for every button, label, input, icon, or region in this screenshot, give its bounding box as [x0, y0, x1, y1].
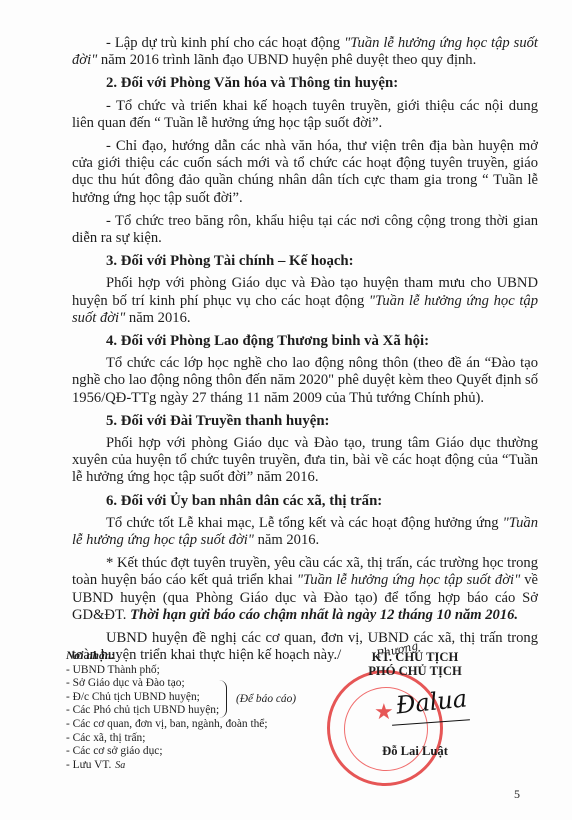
- recipients-list: - UBND Thành phố;- Sở Giáo dục và Đào tạ…: [66, 664, 326, 773]
- body-paragraph: Tổ chức các lớp học nghề cho lao động nô…: [72, 355, 538, 407]
- body-paragraph: - Tổ chức treo băng rôn, khẩu hiệu tại c…: [72, 213, 538, 247]
- recipient-item: - UBND Thành phố;: [66, 664, 326, 678]
- section-heading: 3. Đối với Phòng Tài chính – Kế hoạch:: [72, 253, 538, 270]
- body-paragraph: Phối hợp với phòng Giáo dục và Đào tạo, …: [72, 435, 538, 487]
- document-body: - Lập dự trù kinh phí cho các hoạt động …: [72, 35, 538, 671]
- stamp-star-icon: ★: [374, 701, 394, 723]
- paragraph-text: Tổ chức các lớp học nghề cho lao động nô…: [72, 355, 538, 405]
- recipients-title: Nơi nhận:: [66, 650, 326, 664]
- recipient-text: - Đ/c Chủ tịch UBND huyện;: [66, 691, 200, 703]
- recipient-item: - Các Phó chủ tịch UBND huyện;: [66, 704, 326, 718]
- recipient-text: - Các Phó chủ tịch UBND huyện;: [66, 704, 219, 716]
- body-paragraph: - Tổ chức và triển khai kế hoạch tuyên t…: [72, 98, 538, 132]
- page-number: 5: [514, 787, 520, 802]
- signer-name: Đỗ Lai Luật: [360, 744, 470, 759]
- recipient-text: - Các xã, thị trấn;: [66, 732, 145, 744]
- recipient-text: - Các cơ sở giáo dục;: [66, 745, 163, 757]
- quoted-title: "Tuần lễ hưởng ứng học tập suốt đời": [297, 572, 520, 588]
- paragraph-text: - Lập dự trù kinh phí cho các hoạt động: [106, 35, 344, 51]
- recipient-text: - UBND Thành phố;: [66, 664, 160, 676]
- archive-initial: Sa: [115, 760, 125, 771]
- body-paragraph: * Kết thúc đợt tuyên truyền, yêu cầu các…: [72, 555, 538, 624]
- section-heading: 6. Đối với Ủy ban nhân dân các xã, thị t…: [72, 493, 538, 510]
- recipients-block: Nơi nhận: - UBND Thành phố;- Sở Giáo dục…: [66, 650, 326, 772]
- brace-icon: [218, 680, 227, 718]
- signer-title-line2: PHÓ CHỦ TỊCH: [350, 664, 480, 678]
- section-heading: 5. Đối với Đài Truyền thanh huyện:: [72, 413, 538, 430]
- recipient-item: - Lưu VT.Sa: [66, 759, 326, 773]
- paragraph-text: năm 2016.: [254, 532, 319, 548]
- paragraph-text: Tổ chức tốt Lễ khai mạc, Lễ tổng kết và …: [106, 515, 503, 531]
- paragraph-text: Phối hợp với phòng Giáo dục và Đào tạo, …: [72, 435, 538, 485]
- recipient-text: - Sở Giáo dục và Đào tạo;: [66, 677, 185, 689]
- body-paragraph: - Lập dự trù kinh phí cho các hoạt động …: [72, 35, 538, 69]
- section-heading: 2. Đối với Phòng Văn hóa và Thông tin hu…: [72, 75, 538, 92]
- recipient-item: - Các xã, thị trấn;: [66, 732, 326, 746]
- body-paragraph: Tổ chức tốt Lễ khai mạc, Lễ tổng kết và …: [72, 515, 538, 549]
- paragraph-text: năm 2016 trình lãnh đạo UBND huyện phê d…: [97, 52, 476, 68]
- deadline-note: Thời hạn gửi báo cáo chậm nhất là ngày 1…: [130, 607, 518, 623]
- body-paragraph: - Chỉ đạo, hướng dẫn các nhà văn hóa, th…: [72, 138, 538, 207]
- signer-title: KT. CHỦ TỊCH PHÓ CHỦ TỊCH: [350, 650, 480, 678]
- paragraph-text: năm 2016.: [125, 310, 190, 326]
- recipient-text: - Các cơ quan, đơn vị, ban, ngành, đoàn …: [66, 718, 268, 730]
- official-stamp: ★: [327, 670, 443, 786]
- signer-title-line1: KT. CHỦ TỊCH: [350, 650, 480, 664]
- handwritten-signature: Đalua: [395, 684, 469, 719]
- paragraph-text: - Tổ chức treo băng rôn, khẩu hiệu tại c…: [72, 213, 538, 246]
- document-page: - Lập dự trù kinh phí cho các hoạt động …: [0, 0, 572, 820]
- section-heading: 4. Đối với Phòng Lao động Thương binh và…: [72, 333, 538, 350]
- body-paragraph: Phối hợp với phòng Giáo dục và Đào tạo h…: [72, 275, 538, 327]
- paragraph-text: - Tổ chức và triển khai kế hoạch tuyên t…: [72, 98, 538, 131]
- paragraph-text: - Chỉ đạo, hướng dẫn các nhà văn hóa, th…: [72, 138, 538, 206]
- recipient-text: - Lưu VT.: [66, 759, 111, 771]
- brace-label: (Để báo cáo): [236, 693, 296, 707]
- recipient-item: - Các cơ quan, đơn vị, ban, ngành, đoàn …: [66, 718, 326, 732]
- recipient-item: - Sở Giáo dục và Đào tạo;: [66, 677, 326, 691]
- recipient-item: - Các cơ sở giáo dục;: [66, 745, 326, 759]
